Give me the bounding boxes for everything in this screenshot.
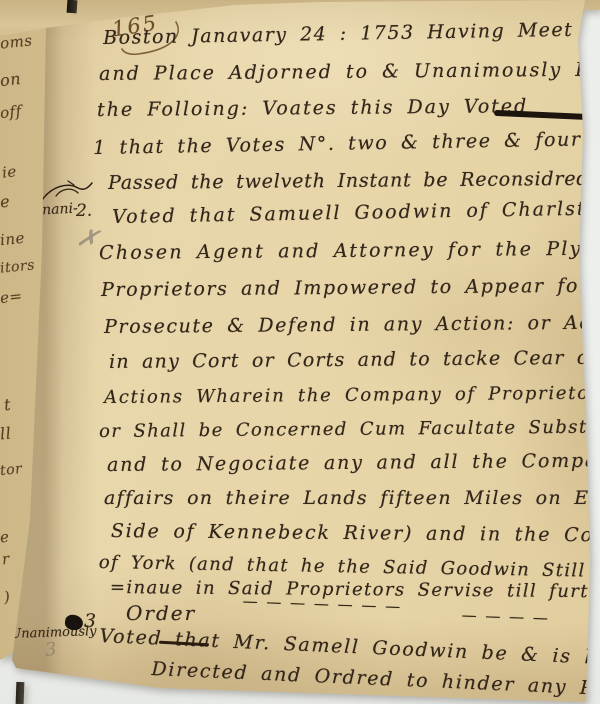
previous-page-fragment: e	[0, 192, 11, 212]
binding-tie-bottom	[16, 682, 25, 704]
previous-page-fragment: )	[3, 588, 11, 607]
manuscript-line: Passed the twelveth Instant be Reconsidr…	[108, 168, 600, 194]
previous-page-fragment: e	[0, 528, 10, 547]
previous-page-fragment: t	[3, 395, 12, 415]
previous-page-fragment: ll	[0, 423, 12, 443]
binding-tie-top	[67, 0, 78, 13]
manuscript-line: and Place Adjorned to & Unanimously Pass…	[99, 58, 600, 85]
pencil-mark: ✗	[74, 222, 102, 256]
manuscript-line: Actions Wharein the Company of Proprieto…	[104, 382, 600, 408]
manuscript-line: Order	[126, 601, 196, 625]
manuscript-line: the Folloing: Voates this Day Voted	[97, 95, 528, 121]
margin-note: 3	[84, 610, 96, 632]
previous-page-fragment: e=	[0, 287, 23, 307]
previous-page-fragment: tor	[0, 461, 23, 479]
manuscript-line: Chosen Agent and Attorney for the Plymou…	[99, 237, 600, 264]
manuscript-line: 1 that the Votes N°. two & three & four …	[93, 127, 600, 159]
record-book: omsonoffieeineitorse=tlltorer) 165 Bosto…	[0, 0, 600, 704]
previous-page-fragment: r	[1, 550, 11, 569]
marginal-flourish	[38, 178, 96, 208]
manuscript-line: or Shall be Concerned Cum Facultate Subs…	[99, 416, 600, 442]
photo-backdrop: omsonoffieeineitorse=tlltorer) 165 Bosto…	[0, 0, 600, 704]
manuscript-page: 165 Boston Janavary 24 : 1753 Having Mee…	[0, 0, 600, 704]
manuscript-line: Voted that Samuell Goodwin of Charlston …	[112, 197, 600, 228]
previous-page-fragment: on	[0, 69, 22, 90]
previous-page-fragment: ie	[1, 162, 17, 181]
previous-page-fragment: itors	[0, 257, 36, 277]
previous-page-fragment: ine	[0, 229, 26, 249]
manuscript-line: affairs on theire Lands fifteen Miles on…	[104, 487, 600, 509]
previous-page-fragment: off	[0, 102, 23, 122]
manuscript-line: Prosecute & Defend in any Action: or Act…	[104, 311, 600, 338]
manuscript-line: in any Cort or Corts and to tacke Cear o…	[109, 346, 600, 373]
pencil-mark: 3	[44, 639, 58, 661]
manuscript-line: Proprietors and Impowered to Appear for …	[101, 274, 600, 301]
manuscript-line: and to Negociate any and all the Company…	[107, 449, 600, 476]
ink-dash-row: — — — —	[461, 606, 550, 627]
manuscript-line: Side of Kennebeck River) and in the Coun…	[111, 520, 600, 547]
ink-dash	[494, 110, 591, 120]
